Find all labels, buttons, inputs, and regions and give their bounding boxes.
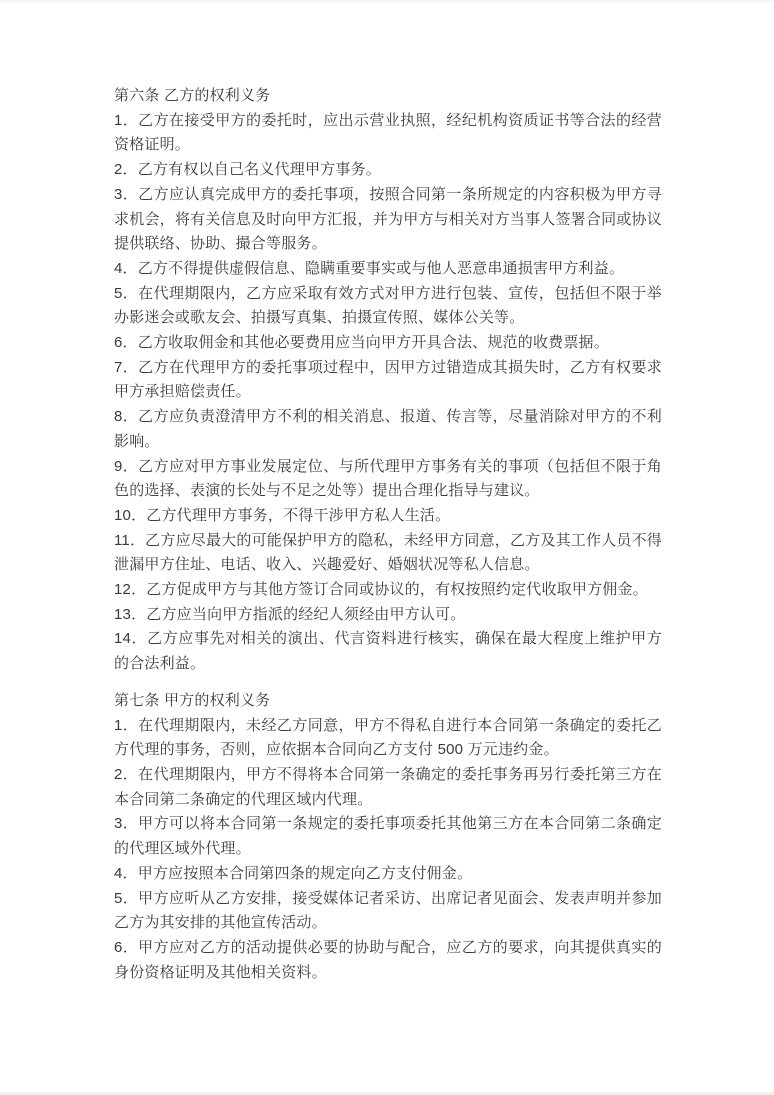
clause-paragraph: 11．乙方应尽最大的可能保护甲方的隐私，未经甲方同意，乙方及其工作人员不得泄漏甲… [114, 529, 662, 578]
clause-paragraph: 3．甲方可以将本合同第一条规定的委托事项委托其他第三方在本合同第二条确定的代理区… [114, 812, 662, 861]
clause-paragraph: 2．在代理期限内，甲方不得将本合同第一条确定的委托事务再另行委托第三方在本合同第… [114, 763, 662, 812]
clause-paragraph: 2．乙方有权以自己名义代理甲方事务。 [114, 158, 662, 183]
clause-paragraph: 9．乙方应对甲方事业发展定位、与所代理甲方事务有关的事项（包括但不限于角色的选择… [114, 455, 662, 504]
contract-document-page: 第六条 乙方的权利义务 1．乙方在接受甲方的委托时，应出示营业执照，经纪机构资质… [114, 84, 662, 985]
section-heading: 第六条 乙方的权利义务 [114, 84, 662, 109]
section-article-7: 第七条 甲方的权利义务 1．在代理期限内，未经乙方同意，甲方不得私自进行本合同第… [114, 689, 662, 985]
clause-paragraph: 6．甲方应对乙方的活动提供必要的协助与配合，应乙方的要求，向其提供真实的身份资格… [114, 936, 662, 985]
clause-paragraph: 4．甲方应按照本合同第四条的规定向乙方支付佣金。 [114, 862, 662, 887]
clause-paragraph: 7．乙方在代理甲方的委托事项过程中，因甲方过错造成其损失时，乙方有权要求甲方承担… [114, 356, 662, 405]
clause-paragraph: 8．乙方应负责澄清甲方不利的相关消息、报道、传言等，尽量消除对甲方的不利影响。 [114, 405, 662, 454]
clause-paragraph: 12．乙方促成甲方与其他方签订合同或协议的，有权按照约定代收取甲方佣金。 [114, 578, 662, 603]
clause-paragraph: 14．乙方应事先对相关的演出、代言资料进行核实，确保在最大程度上维护甲方的合法利… [114, 627, 662, 676]
clause-paragraph: 4．乙方不得提供虚假信息、隐瞒重要事实或与他人恶意串通损害甲方利益。 [114, 257, 662, 282]
clause-paragraph: 1．乙方在接受甲方的委托时，应出示营业执照，经纪机构资质证书等合法的经营资格证明… [114, 109, 662, 158]
clause-paragraph: 5．甲方应听从乙方安排，接受媒体记者采访、出席记者见面会、发表声明并参加乙方为其… [114, 887, 662, 936]
section-article-6: 第六条 乙方的权利义务 1．乙方在接受甲方的委托时，应出示营业执照，经纪机构资质… [114, 84, 662, 677]
page-top-edge-line [0, 0, 774, 2]
section-heading: 第七条 甲方的权利义务 [114, 689, 662, 714]
clause-paragraph: 10．乙方代理甲方事务，不得干涉甲方私人生活。 [114, 504, 662, 529]
clause-paragraph: 6．乙方收取佣金和其他必要费用应当向甲方开具合法、规范的收费票据。 [114, 331, 662, 356]
clause-paragraph: 3．乙方应认真完成甲方的委托事项，按照合同第一条所规定的内容积极为甲方寻求机会，… [114, 183, 662, 257]
clause-paragraph: 13．乙方应当向甲方指派的经纪人须经由甲方认可。 [114, 603, 662, 628]
clause-paragraph: 5．在代理期限内，乙方应采取有效方式对甲方进行包装、宣传，包括但不限于举办影迷会… [114, 282, 662, 331]
clause-paragraph: 1．在代理期限内，未经乙方同意，甲方不得私自进行本合同第一条确定的委托乙方代理的… [114, 714, 662, 763]
